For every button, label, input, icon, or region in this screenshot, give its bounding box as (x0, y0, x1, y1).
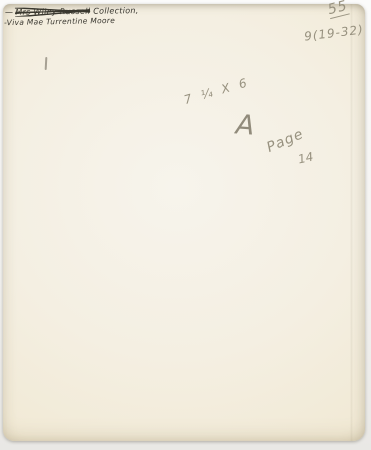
pencil-accession-number: 9(19-32) (303, 22, 364, 43)
paper-crease (350, 4, 353, 441)
pencil-dimensions-note: 7 ¼ X 6 (182, 75, 251, 107)
collection-label: Collection, (93, 6, 139, 16)
photo-verso-paper: —Mrs Wiley RussellCollection, -Viva Mae … (3, 4, 365, 441)
ink-annotation-collection-line: —Mrs Wiley RussellCollection, (5, 6, 139, 17)
dash-mark: — (5, 8, 13, 17)
scan-background: —Mrs Wiley RussellCollection, -Viva Mae … (0, 0, 371, 450)
pencil-letter-a: A (235, 109, 256, 141)
crossed-out-name: Mrs Wiley Russell (15, 7, 90, 17)
pencil-tick-mark (45, 57, 47, 70)
ink-annotation-person-name: -Viva Mae Turrentine Moore (4, 16, 115, 27)
pencil-page-number: 14 (297, 150, 315, 167)
pencil-top-right-number: 55 (326, 0, 349, 19)
